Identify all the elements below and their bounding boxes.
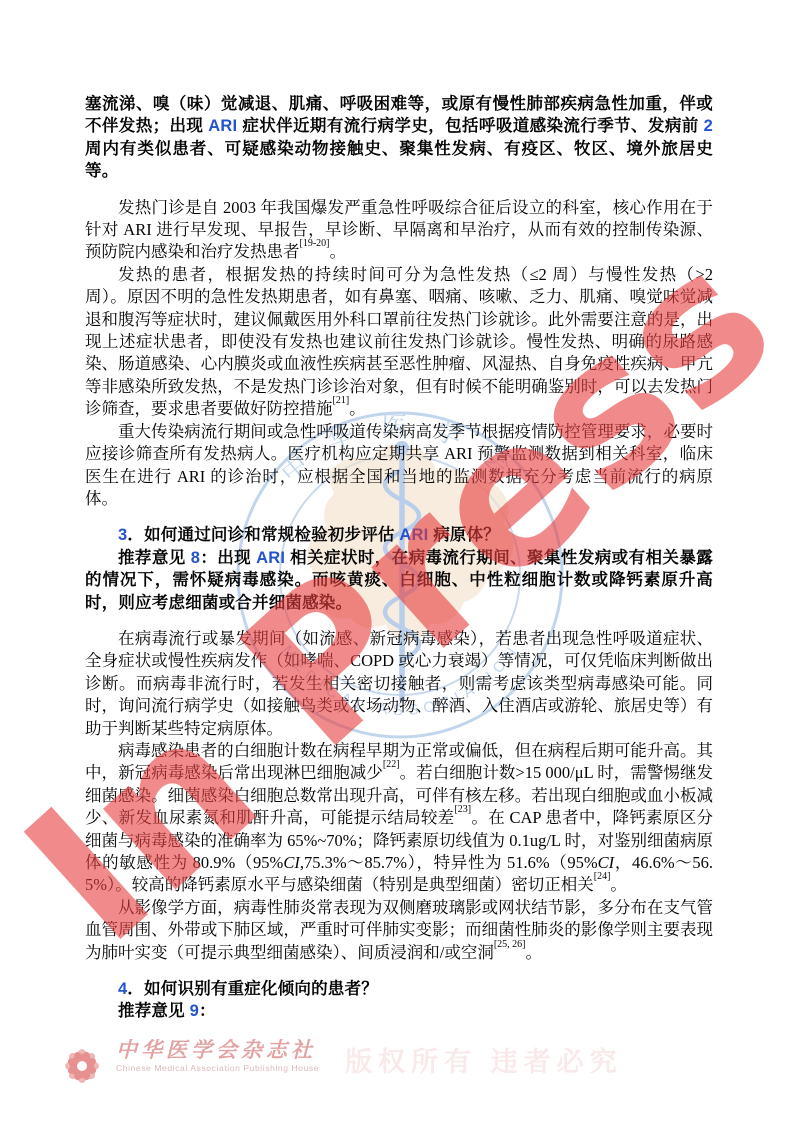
text-run: 发热的患者，根据发热的持续时间可分为急性发热（≤2 周）与慢性发热（>2 周）。… bbox=[85, 265, 713, 418]
imaging-paragraph: 从影像学方面，病毒性肺炎常表现为双侧磨玻璃影或网状结节影，多分布在支气管血管周围… bbox=[85, 897, 713, 964]
text-run: 2 bbox=[704, 117, 713, 135]
intro-bold-paragraph: 塞流涕、嗅（味）觉减退、肌痛、呼吸困难等，或原有慢性肺部疾病急性加重，伴或不伴发… bbox=[85, 93, 713, 183]
text-run: 4 bbox=[118, 980, 127, 998]
fever-clinic-paragraph: 发热门诊是自 2003 年我国爆发严重急性呼吸综合征后设立的科室，核心作用在于针… bbox=[85, 197, 713, 264]
fever-patient-paragraph: 发热的患者，根据发热的持续时间可分为急性发热（≤2 周）与慢性发热（>2 周）。… bbox=[85, 264, 713, 421]
publisher-name-en: Chinese Medical Association Publishing H… bbox=[116, 1062, 319, 1074]
question-3-heading: 3．如何通过问诊和常规检验初步评估 ARI 病原体？ bbox=[85, 524, 713, 546]
paragraph-gap bbox=[85, 510, 713, 524]
text-run: CI bbox=[283, 853, 300, 872]
reference-superscript: [23] bbox=[454, 804, 471, 815]
text-run: ： bbox=[199, 1002, 216, 1020]
publisher-flower-icon bbox=[58, 1040, 106, 1092]
text-run: 推荐意见 bbox=[118, 549, 191, 567]
reference-superscript: [22] bbox=[383, 759, 400, 770]
text-run: ARI bbox=[208, 117, 237, 135]
text-run: ．如何识别有重症化倾向的患者？ bbox=[127, 980, 378, 998]
text-run: 。 bbox=[526, 943, 543, 962]
text-run: 8 bbox=[191, 549, 200, 567]
recommendation-9-paragraph: 推荐意见 9： bbox=[85, 1000, 713, 1022]
page-content: 塞流涕、嗅（味）觉减退、肌痛、呼吸困难等，或原有慢性肺部疾病急性加重，伴或不伴发… bbox=[85, 93, 713, 1023]
paragraph-container: 塞流涕、嗅（味）觉减退、肌痛、呼吸困难等，或原有慢性肺部疾病急性加重，伴或不伴发… bbox=[85, 93, 713, 1023]
recommendation-8-paragraph: 推荐意见 8：出现 ARI 相关症状时，在病毒流行期间、聚集性发病或有相关暴露的… bbox=[85, 547, 713, 614]
question-4-heading: 4．如何识别有重症化倾向的患者？ bbox=[85, 978, 713, 1000]
text-run: 在病毒流行或暴发期间（如流感、新冠病毒感染），若患者出现急性呼吸道症状、全身症状… bbox=[85, 629, 713, 738]
text-run: CI bbox=[598, 853, 615, 872]
reference-superscript: [19-20] bbox=[300, 238, 330, 249]
text-run: 。 bbox=[610, 875, 627, 894]
text-run: 重大传染病流行期间或急性呼吸道传染病高发季节根据疫情防控管理要求，必要时应接诊筛… bbox=[85, 422, 713, 508]
page-footer: 中华医学会杂志社 Chinese Medical Association Pub… bbox=[58, 1038, 623, 1092]
text-run: 症状伴近期有流行病学史，包括呼吸道感染流行季节、发病前 bbox=[237, 117, 703, 135]
virus-epidemic-paragraph: 在病毒流行或暴发期间（如流感、新冠病毒感染），若患者出现急性呼吸道症状、全身症状… bbox=[85, 628, 713, 740]
reference-superscript: [21] bbox=[333, 395, 350, 406]
text-run: ARI bbox=[256, 549, 285, 567]
paragraph-gap bbox=[85, 183, 713, 197]
reference-superscript: [25, 26] bbox=[494, 939, 526, 950]
document-page: 中华医学会 MEDICAL ASSOCIATION 塞流涕、嗅（味）觉减退、肌痛… bbox=[0, 0, 794, 1123]
publisher-block: 中华医学会杂志社 Chinese Medical Association Pub… bbox=[116, 1038, 319, 1074]
text-run: 3 bbox=[118, 526, 127, 544]
text-run: 发热门诊是自 2003 年我国爆发严重急性呼吸综合征后设立的科室，核心作用在于针… bbox=[85, 198, 713, 262]
reference-superscript: [24] bbox=[594, 871, 611, 882]
text-run: 病原体？ bbox=[428, 526, 500, 544]
text-run: 周内有类似患者、可疑感染动物接触史、聚集性发病、有疫区、牧区、境外旅居史等。 bbox=[85, 140, 713, 180]
text-run: 从影像学方面，病毒性肺炎常表现为双侧磨玻璃影或网状结节影，多分布在支气管血管周围… bbox=[85, 898, 713, 962]
paragraph-gap bbox=[85, 964, 713, 978]
text-run: ．如何通过问诊和常规检验初步评估 bbox=[127, 526, 399, 544]
text-run: 推荐意见 bbox=[118, 1002, 190, 1020]
wbc-pct-paragraph: 病毒感染患者的白细胞计数在病程早期为正常或偏低，但在病程后期可能升高。其中，新冠… bbox=[85, 740, 713, 897]
text-run: ：出现 bbox=[200, 549, 256, 567]
text-run: ,75.3%～85.7%），特异性为 51.6%（95% bbox=[300, 853, 598, 872]
text-run: ARI bbox=[399, 526, 428, 544]
paragraph-gap bbox=[85, 614, 713, 628]
publisher-name-cn: 中华医学会杂志社 bbox=[116, 1038, 319, 1062]
text-run: 。 bbox=[330, 242, 347, 261]
text-run: 。 bbox=[349, 399, 366, 418]
epidemic-period-paragraph: 重大传染病流行期间或急性呼吸道传染病高发季节根据疫情防控管理要求，必要时应接诊筛… bbox=[85, 421, 713, 511]
text-run: 9 bbox=[190, 1002, 199, 1020]
copyright-stamp: 版权所有 违者必究 bbox=[345, 1040, 623, 1079]
